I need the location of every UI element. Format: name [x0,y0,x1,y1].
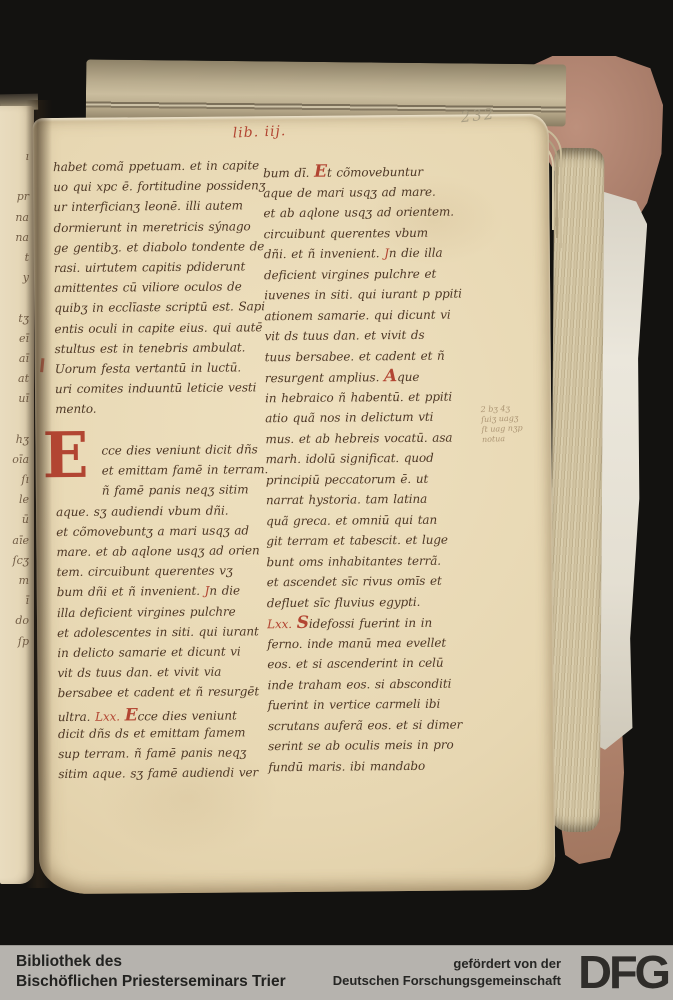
facing-page-fragment: uī [0,392,34,412]
manuscript-line: resurgent amplius. Aque [265,366,463,388]
manuscript-line: git terram et tabescit. et luge [266,530,464,552]
margin-gloss-line: notua [482,433,523,445]
manuscript-line: stultus est in tenebris ambulat. [55,340,267,362]
funding-credit-line1: gefördert von der [333,955,561,972]
facing-page-fragment: ſı [0,473,34,493]
manuscript-line: serint se ab oculis meis in pro [268,735,466,757]
manuscript-line: bersabee et cadent et ñ resurgēt [58,684,271,706]
manuscript-line: sup terram. ñ famē panis neqʒ [58,745,271,767]
library-name: Bibliothek des Bischöflichen Priestersem… [16,952,286,992]
facing-page-fragment: ı [0,150,34,170]
book-photo: ıprnanatytʒeīaīatuīhʒoīaſıleūaīeſcʒmīdoſ… [0,0,673,945]
funding-credit: gefördert von der Deutschen Forschungsge… [333,955,561,989]
manuscript-line: ationem samarie. qui dicunt vi [264,304,462,326]
facing-page-fragment: tʒ [0,312,34,332]
facing-page-fragment: y [0,271,34,291]
manuscript-line: ultra. Lxx. Ecce dies veniunt [58,705,271,727]
manuscript-line: et cõmovebuntʒ a mari usqʒ ad [56,523,269,545]
facing-page-fragment: ſp [0,635,34,655]
manuscript-line: illa deficient virgines pulchre [57,604,270,626]
facing-page-fragment: ſcʒ [0,554,34,574]
manuscript-line: et adolescentes in siti. qui iurant [57,624,270,646]
manuscript-line: ur interficianʒ leonē. illi autem [53,199,265,221]
fore-edge-page-stack [550,148,605,832]
manuscript-line: defluet sīc fluvius egypti. [267,591,465,613]
manuscript-line: dormierunt in meretricis sýnago [54,219,266,241]
left-text-column-lower: cce dies veniunt dicit dñset emittam fam… [55,442,270,787]
manuscript-line: atio quã nos in delictum vti [265,407,463,429]
folio-number: 232 [460,104,496,126]
manuscript-line: in hebraico ñ habentū. et ppiti [265,386,463,408]
manuscript-page: lib. iij. 232 habet comã ppetuam. et in … [33,114,556,894]
facing-page-fragment [0,291,34,311]
running-title: lib. iij. [232,123,286,141]
facing-page-fragment: aī [0,352,34,372]
manuscript-line: tem. circuibunt querentes vʒ [57,563,270,585]
manuscript-line: ge gentibʒ. et diabolo tondente de [54,239,266,261]
manuscript-line: narrat hystoria. tam latina [266,489,464,511]
facing-page-fragment: ū [0,513,34,533]
manuscript-line: uo qui xpc ē. fortitudine possidenʒ [53,178,265,200]
manuscript-line: habet comã ppetuam. et in capite [53,158,265,180]
manuscript-line: inde traham eos. si absconditi [267,673,465,695]
manuscript-line: et ascendet sīc rivus omīs et [267,571,465,593]
facing-page-fragment: aīe [0,534,34,554]
manuscript-line: fundū maris. ibi mandabo [268,755,466,777]
manuscript-line: mus. et ab hebreis vocatū. asa [265,427,463,449]
manuscript-line: tuus bersabee. et cadent et ñ [265,345,463,367]
manuscript-line: bum dī. Et cõmovebuntur [263,161,461,183]
facing-page-fragment: t [0,251,34,271]
manuscript-line: entis oculi in capite eius. qui autē [54,320,266,342]
manuscript-line: amittentes cū viliore oculos de [54,279,266,301]
manuscript-line: deficient virgines pulchre et [264,263,462,285]
manuscript-line: quã greca. et omniū qui tan [266,509,464,531]
manuscript-line: ferno. inde manū mea evellet [267,632,465,654]
facing-page-fragment: do [0,614,34,634]
facing-page-fragment: m [0,574,34,594]
facing-page-fragment [0,170,34,190]
illuminated-initial: E [39,422,92,490]
funding-credit-line2: Deutschen Forschungsgemeinschaft [333,972,561,989]
library-name-line2: Bischöflichen Priesterseminars Trier [16,972,286,992]
facing-page-fragment: na [0,231,34,251]
facing-page-fragment: eī [0,332,34,352]
facing-page-fragment: hʒ [0,433,34,453]
manuscript-line: circuibunt querentes vbum [264,222,462,244]
facing-page-fragment: at [0,372,34,392]
manuscript-line: dñi. et ñ invenient. Jn die illa [264,243,462,265]
manuscript-line: marh. idolū significat. quod [266,448,464,470]
manuscript-line: mare. et ab aqlone usqʒ ad orien [56,543,269,565]
facing-page-fragment: na [0,211,34,231]
manuscript-line: vit ds tuus dan. et vivit via [57,664,270,686]
manuscript-line: in delicto samarie et dicunt vi [57,644,270,666]
manuscript-line: quibʒ in ecclīaste scriptū est. Sapi [54,300,266,322]
facing-page-fragment: oīa [0,453,34,473]
manuscript-line: dicit dñs ds et emittam famem [58,725,271,747]
facing-page-text-fragments: ıprnanatytʒeīaīatuīhʒoīaſıleūaīeſcʒmīdoſ… [0,106,34,695]
manuscript-line: principiū peccatorum ē. ut [266,468,464,490]
rubric-margin-mark [40,358,44,372]
manuscript-line: scrutans auferã eos. et si dimer [268,714,466,736]
digitized-manuscript-scan: ıprnanatytʒeīaīatuīhʒoīaſıleūaīeſcʒmīdoſ… [0,0,673,1000]
manuscript-line: bum dñi et ñ invenient. Jn die [57,584,270,606]
margin-gloss: 2 bʒ 4ʒſuiʒ uagʒſt uag nʒpnotua [480,403,523,445]
facing-page-fragment: pr [0,190,34,210]
manuscript-line: fuerint in vertice carmeli ibi [268,694,466,716]
manuscript-line: Uorum festa vertantū in luctū. [55,360,267,382]
manuscript-line: vit ds tuus dan. et vivit ds [264,325,462,347]
manuscript-line: iuvenes in siti. qui iurant p ppiti [264,284,462,306]
facing-page-edge: ıprnanatytʒeīaīatuīhʒoīaſıleūaīeſcʒmīdoſ… [0,106,34,884]
manuscript-line: aque. sʒ audiendi vbum dñi. [56,503,269,525]
footer-bar: Bibliothek des Bischöflichen Priestersem… [0,945,673,1000]
dfg-logo: DFG [578,946,668,998]
manuscript-line: rasi. uirtutem capitis pdiderunt [54,259,266,281]
facing-page-fragment [0,655,34,675]
manuscript-line: et ab aqlone usqʒ ad orientem. [263,202,461,224]
left-text-column-upper: habet comã ppetuam. et in capiteuo qui x… [53,158,267,422]
facing-page-fragment [0,675,34,695]
library-name-line1: Bibliothek des [16,952,286,972]
manuscript-line: Lxx. Sidefossi fuerint in in [267,612,465,634]
manuscript-line: uri comites induuntū leticie vesti [55,380,267,402]
facing-page-fragment: ī [0,594,34,614]
manuscript-line: aque de mari usqʒ ad mare. [263,181,461,203]
manuscript-line: eos. et si ascenderint in celū [267,653,465,675]
manuscript-line: bunt oms inhabitantes terrã. [266,550,464,572]
manuscript-line: sitim aque. sʒ famē audiendi ver [58,765,271,787]
facing-page-fragment [0,412,34,432]
right-text-column: bum dī. Et cõmovebunturaque de mari usqʒ… [263,161,466,778]
facing-page-fragment: le [0,493,34,513]
